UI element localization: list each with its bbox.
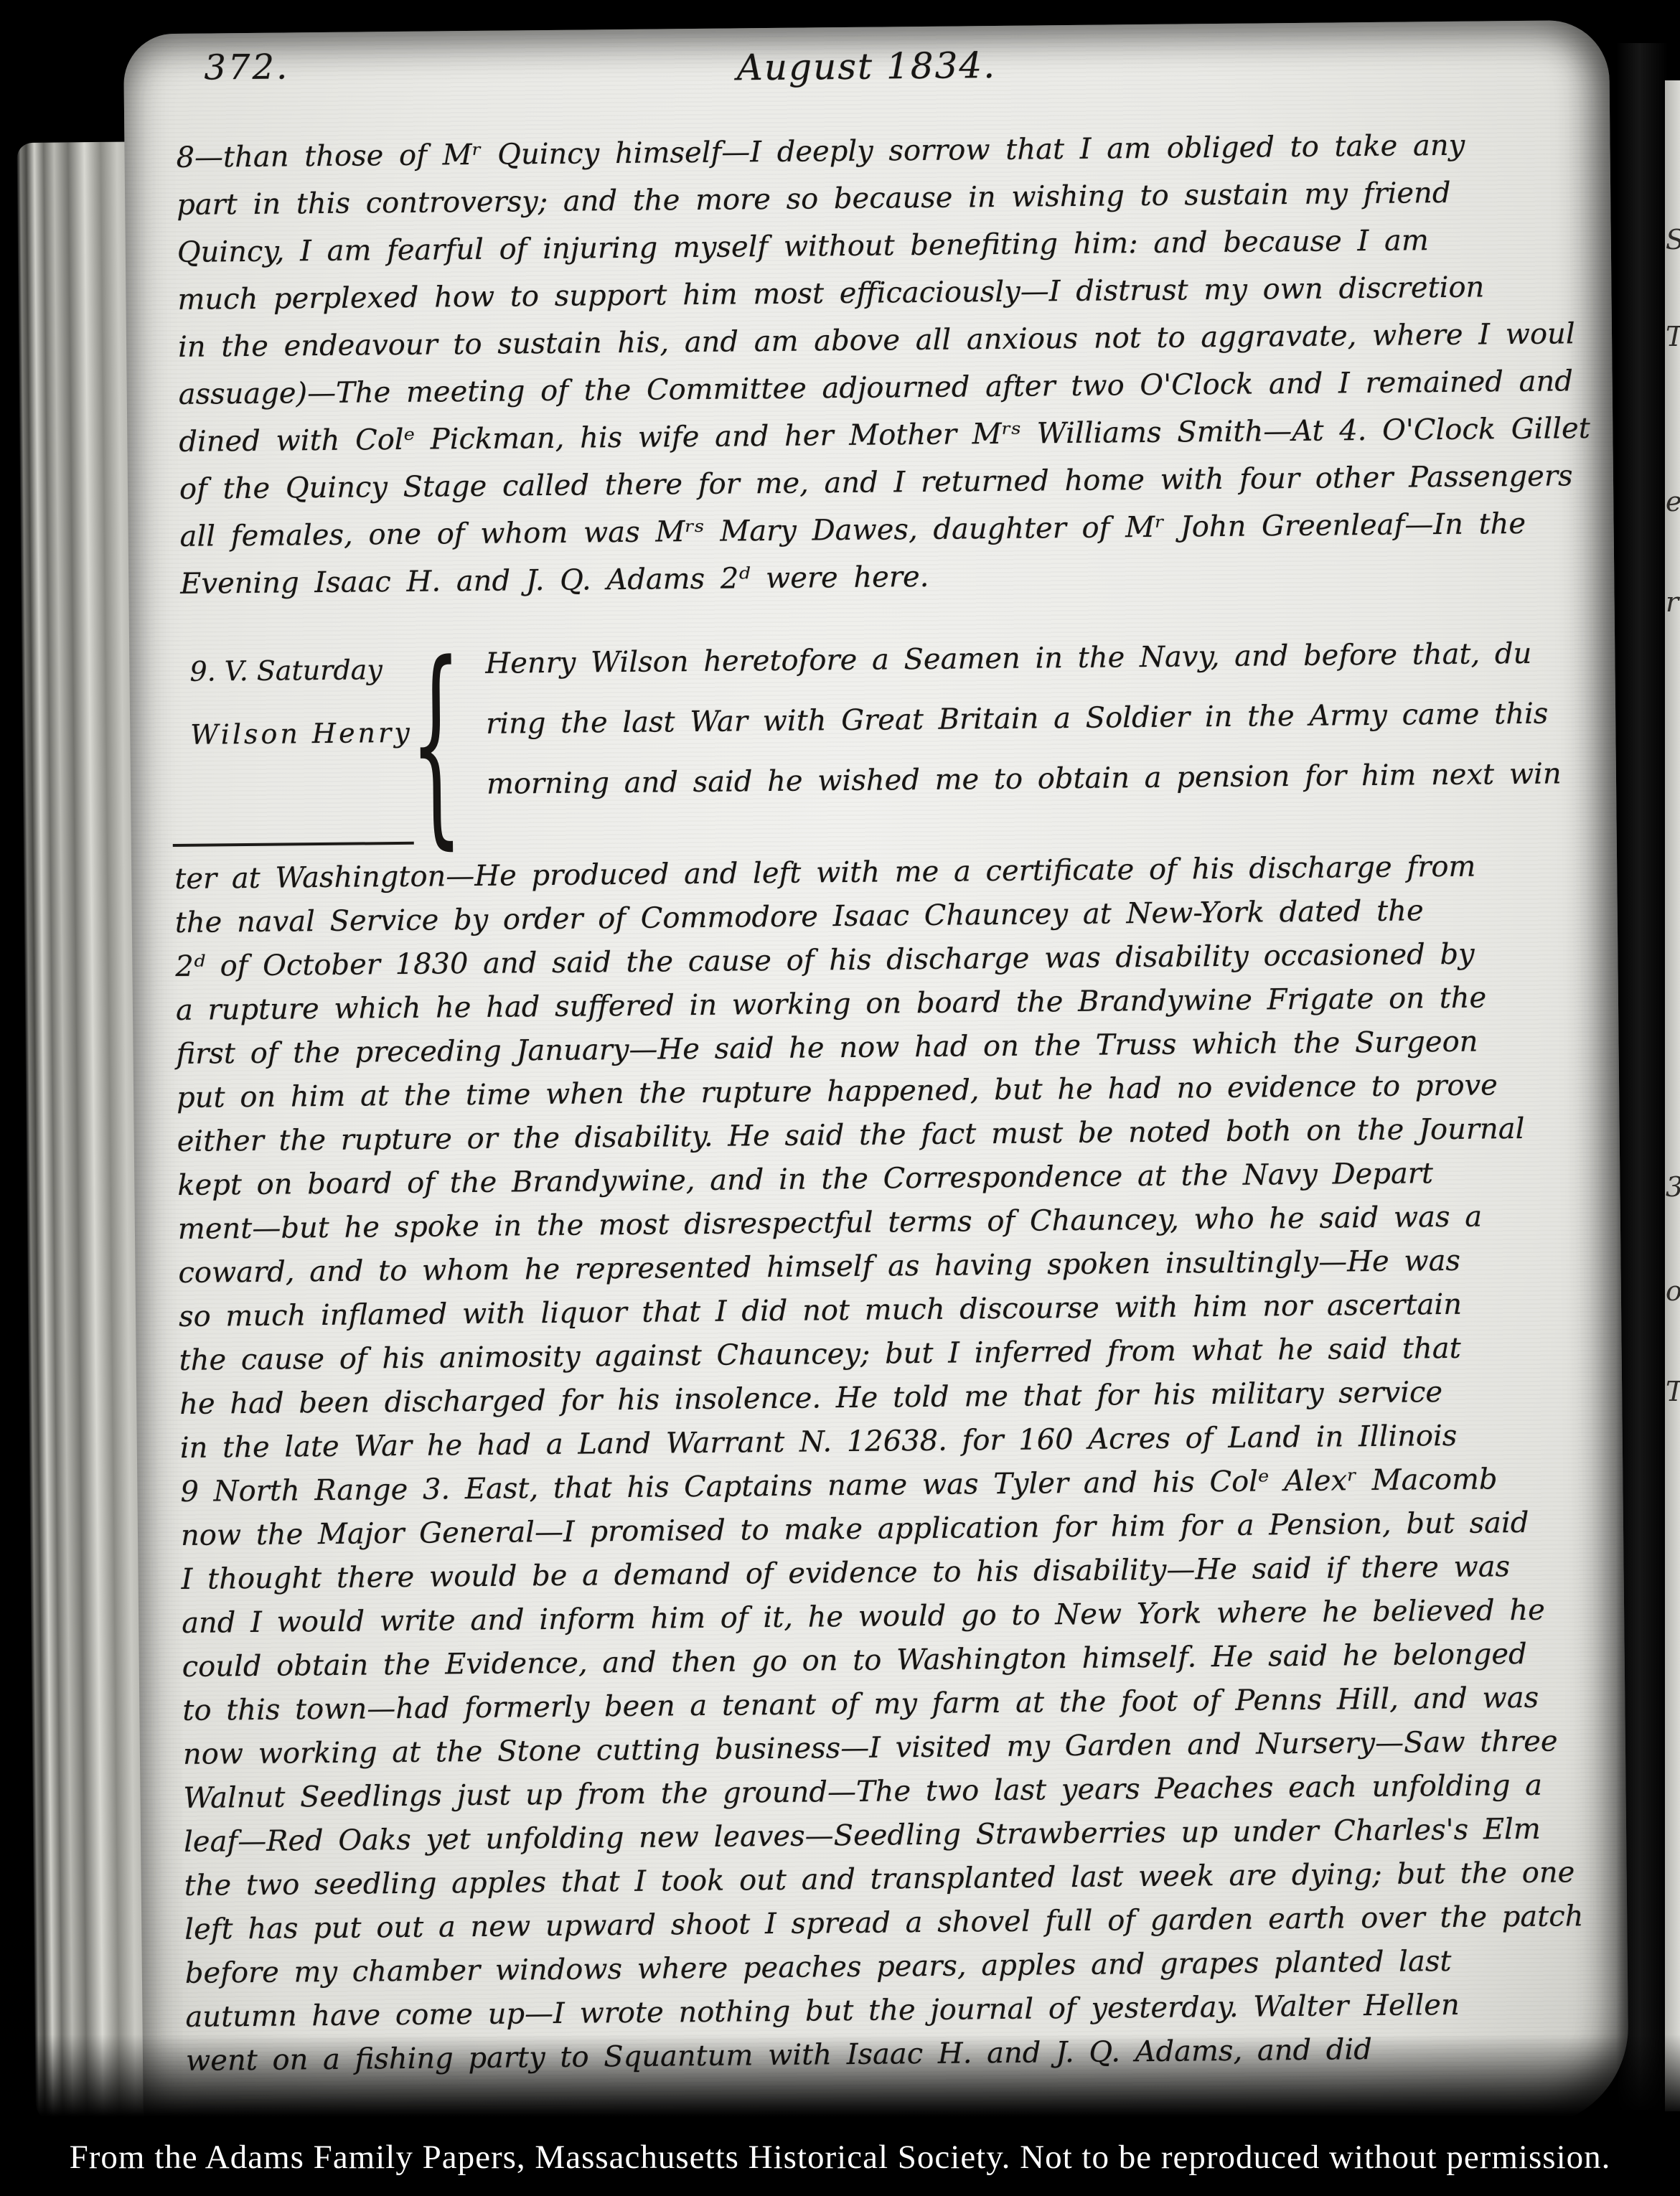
clipped-letter-fragment: r: [1666, 586, 1679, 618]
margin-rule-divider: [173, 842, 414, 847]
entry-9-indented-lines: Henry Wilson heretofore a Seamen in the …: [485, 637, 1606, 828]
entry-9-paragraph: ter at Washington—He produced and left w…: [174, 849, 1625, 2088]
manuscript-scan-photo: 372. August 1834. 8—than those of Mʳ Qui…: [0, 0, 1680, 2196]
manuscript-line: Henry Wilson heretofore a Seamen in the …: [485, 637, 1605, 708]
margin-brace-icon: {: [409, 624, 464, 862]
credit-caption-bar: From the Adams Family Papers, Massachuse…: [0, 2118, 1680, 2196]
clipped-letter-fragment: T: [1666, 321, 1680, 352]
clipped-letter-fragment: T: [1666, 1376, 1680, 1407]
page-gutter-shadow: [1616, 43, 1668, 2110]
bottom-shadow-fade: [0, 2035, 1680, 2128]
clipped-letter-fragment: S: [1666, 224, 1680, 255]
credit-caption-text: From the Adams Family Papers, Massachuse…: [70, 2138, 1611, 2177]
entry-9-heading-row: 9. V. Saturday Wilson Henry { Henry Wils…: [181, 627, 1611, 877]
manuscript-line: ring the last War with Great Britain a S…: [486, 697, 1606, 768]
manuscript-page: 372. August 1834. 8—than those of Mʳ Qui…: [123, 20, 1629, 2141]
date-heading: August 1834.: [123, 39, 1609, 95]
margin-name: Wilson Henry: [190, 717, 427, 751]
entry-8-paragraph: 8—than those of Mʳ Quincy himself—I deep…: [176, 128, 1608, 615]
clipped-letter-fragment: 3: [1666, 1171, 1680, 1203]
clipped-letter-fragment: e: [1666, 486, 1680, 517]
facing-page-edge: S T e r 3 o T: [1665, 80, 1680, 2111]
clipped-letter-fragment: o: [1666, 1275, 1680, 1307]
diary-book: 372. August 1834. 8—than those of Mʳ Qui…: [16, 19, 1679, 2145]
margin-date: 9. V. Saturday: [189, 654, 426, 688]
entry-9-margin-note: 9. V. Saturday Wilson Henry: [189, 654, 427, 751]
manuscript-line: morning and said he wished me to obtain …: [487, 757, 1607, 828]
